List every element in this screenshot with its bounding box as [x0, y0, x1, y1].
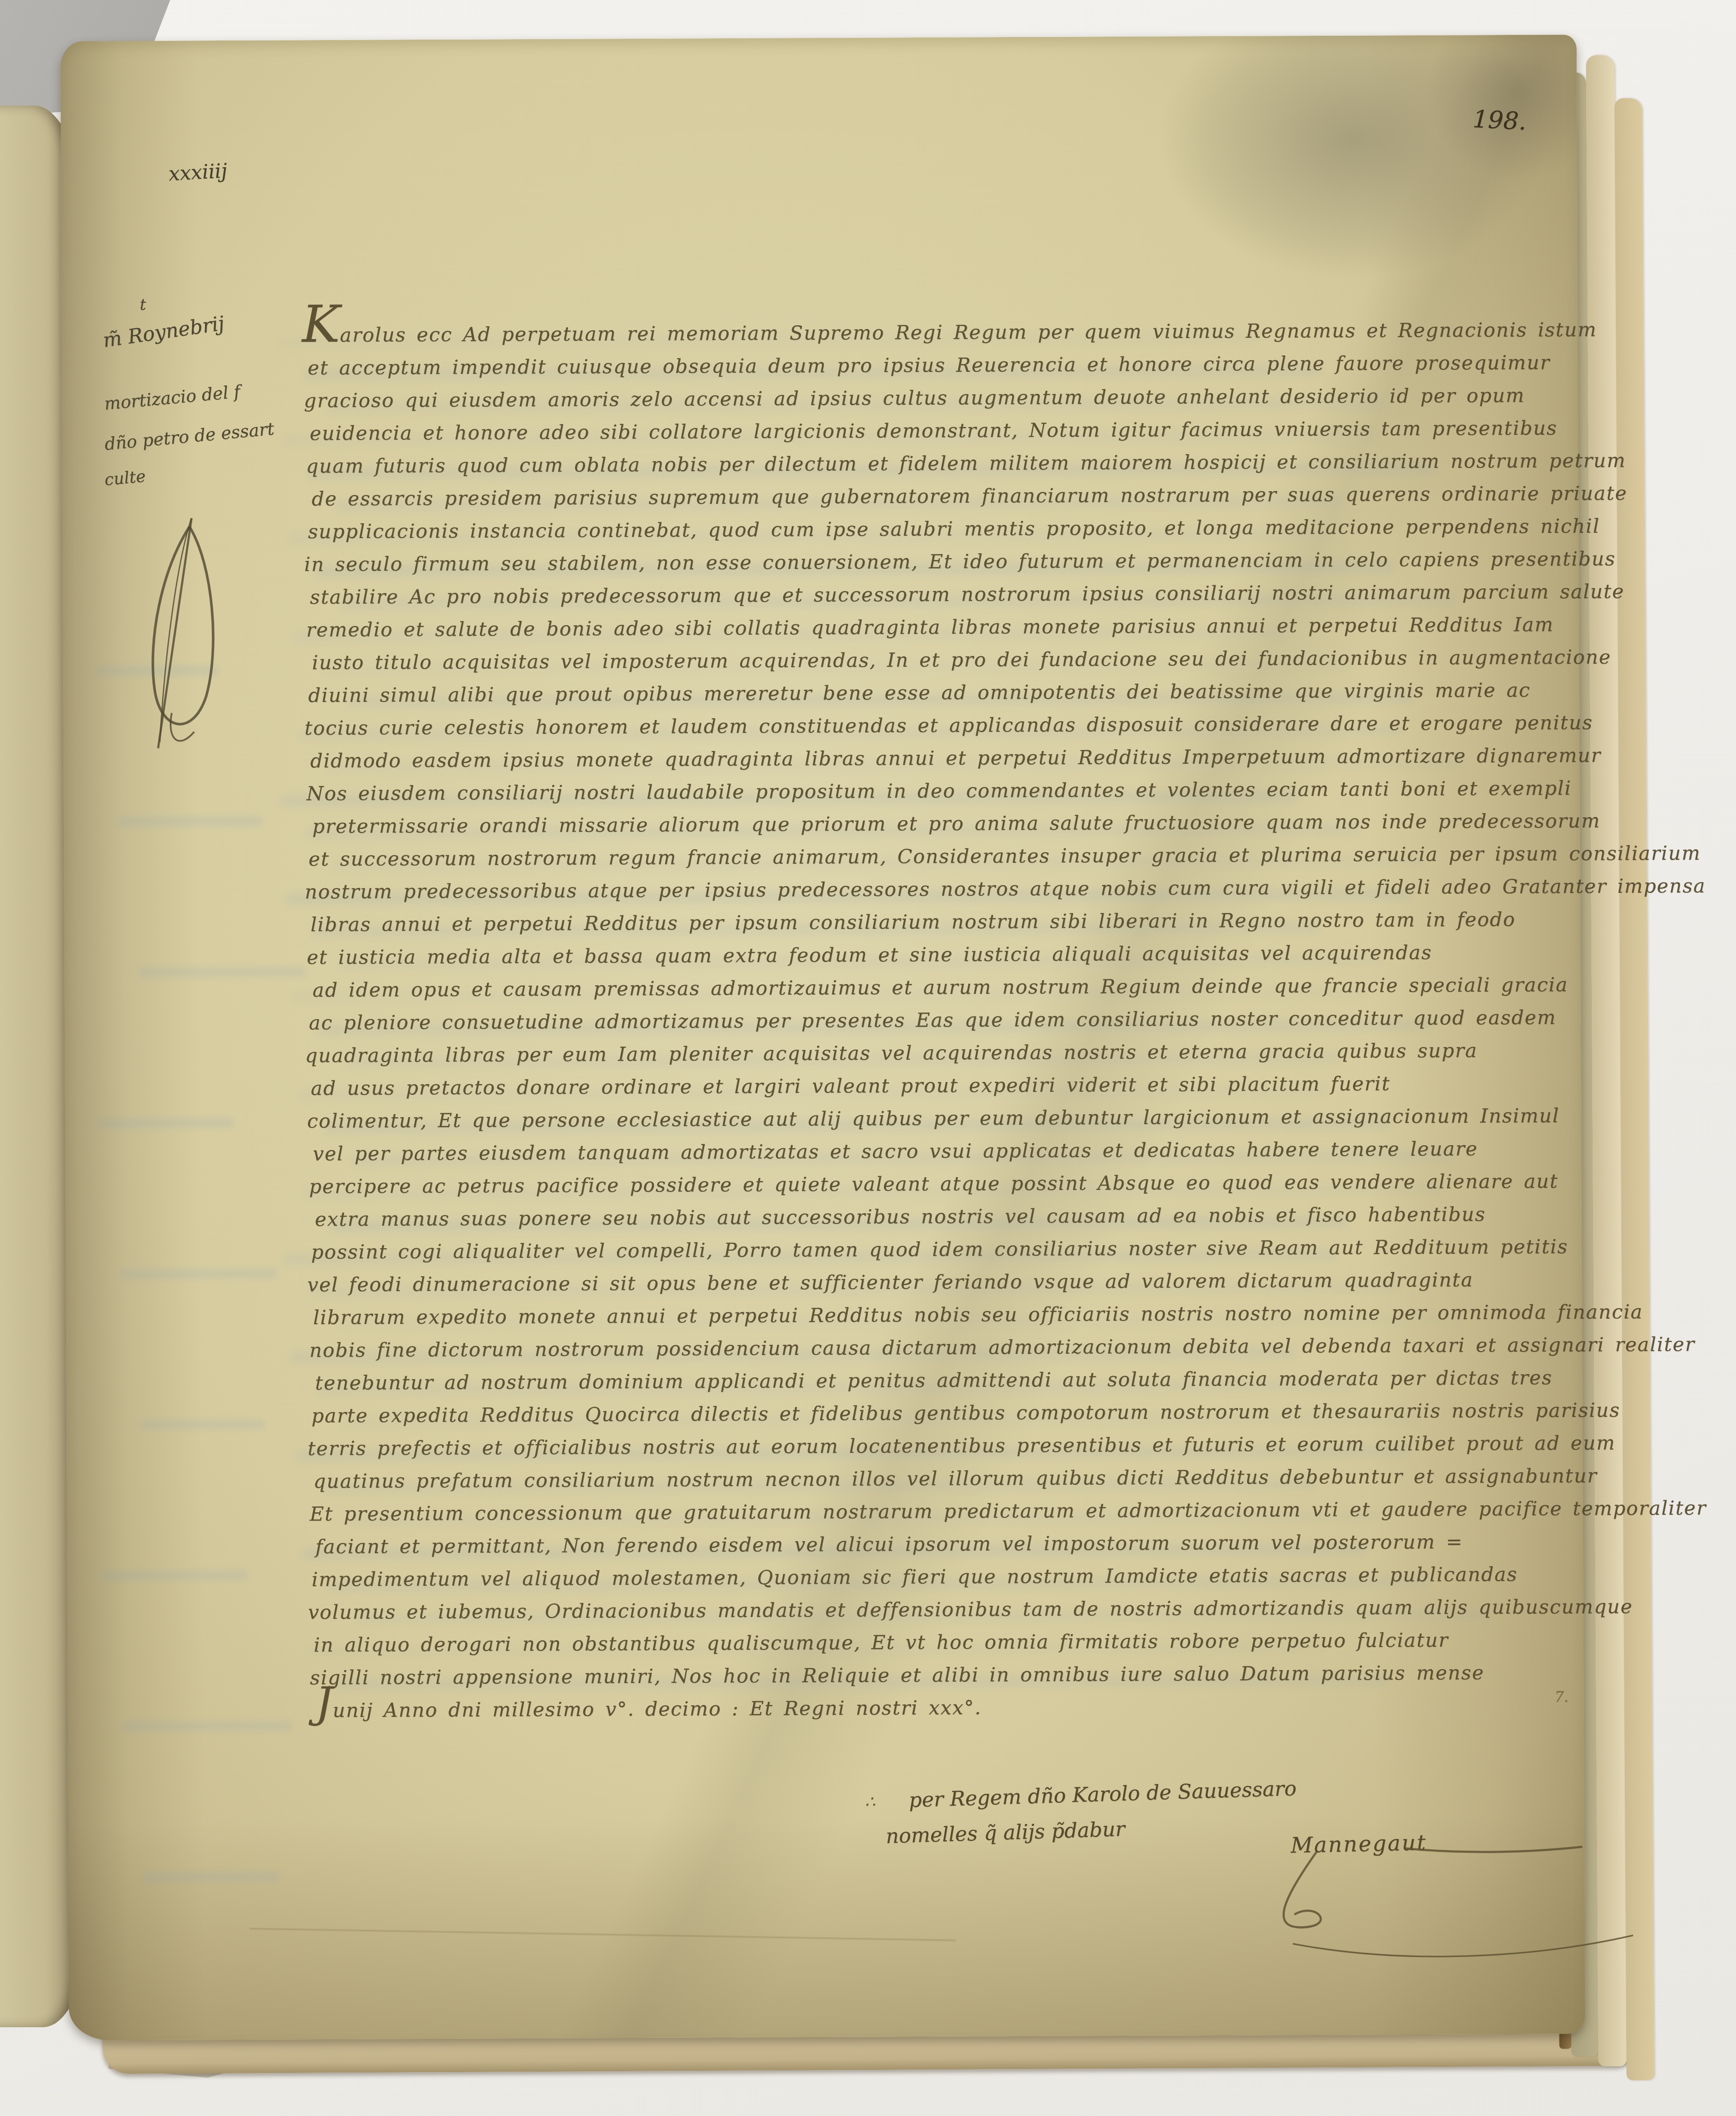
signature-flourish: [60, 34, 1585, 2040]
manuscript-page: xxxiiij t m̃ Roynebrij mortizacio del f …: [60, 34, 1585, 2040]
